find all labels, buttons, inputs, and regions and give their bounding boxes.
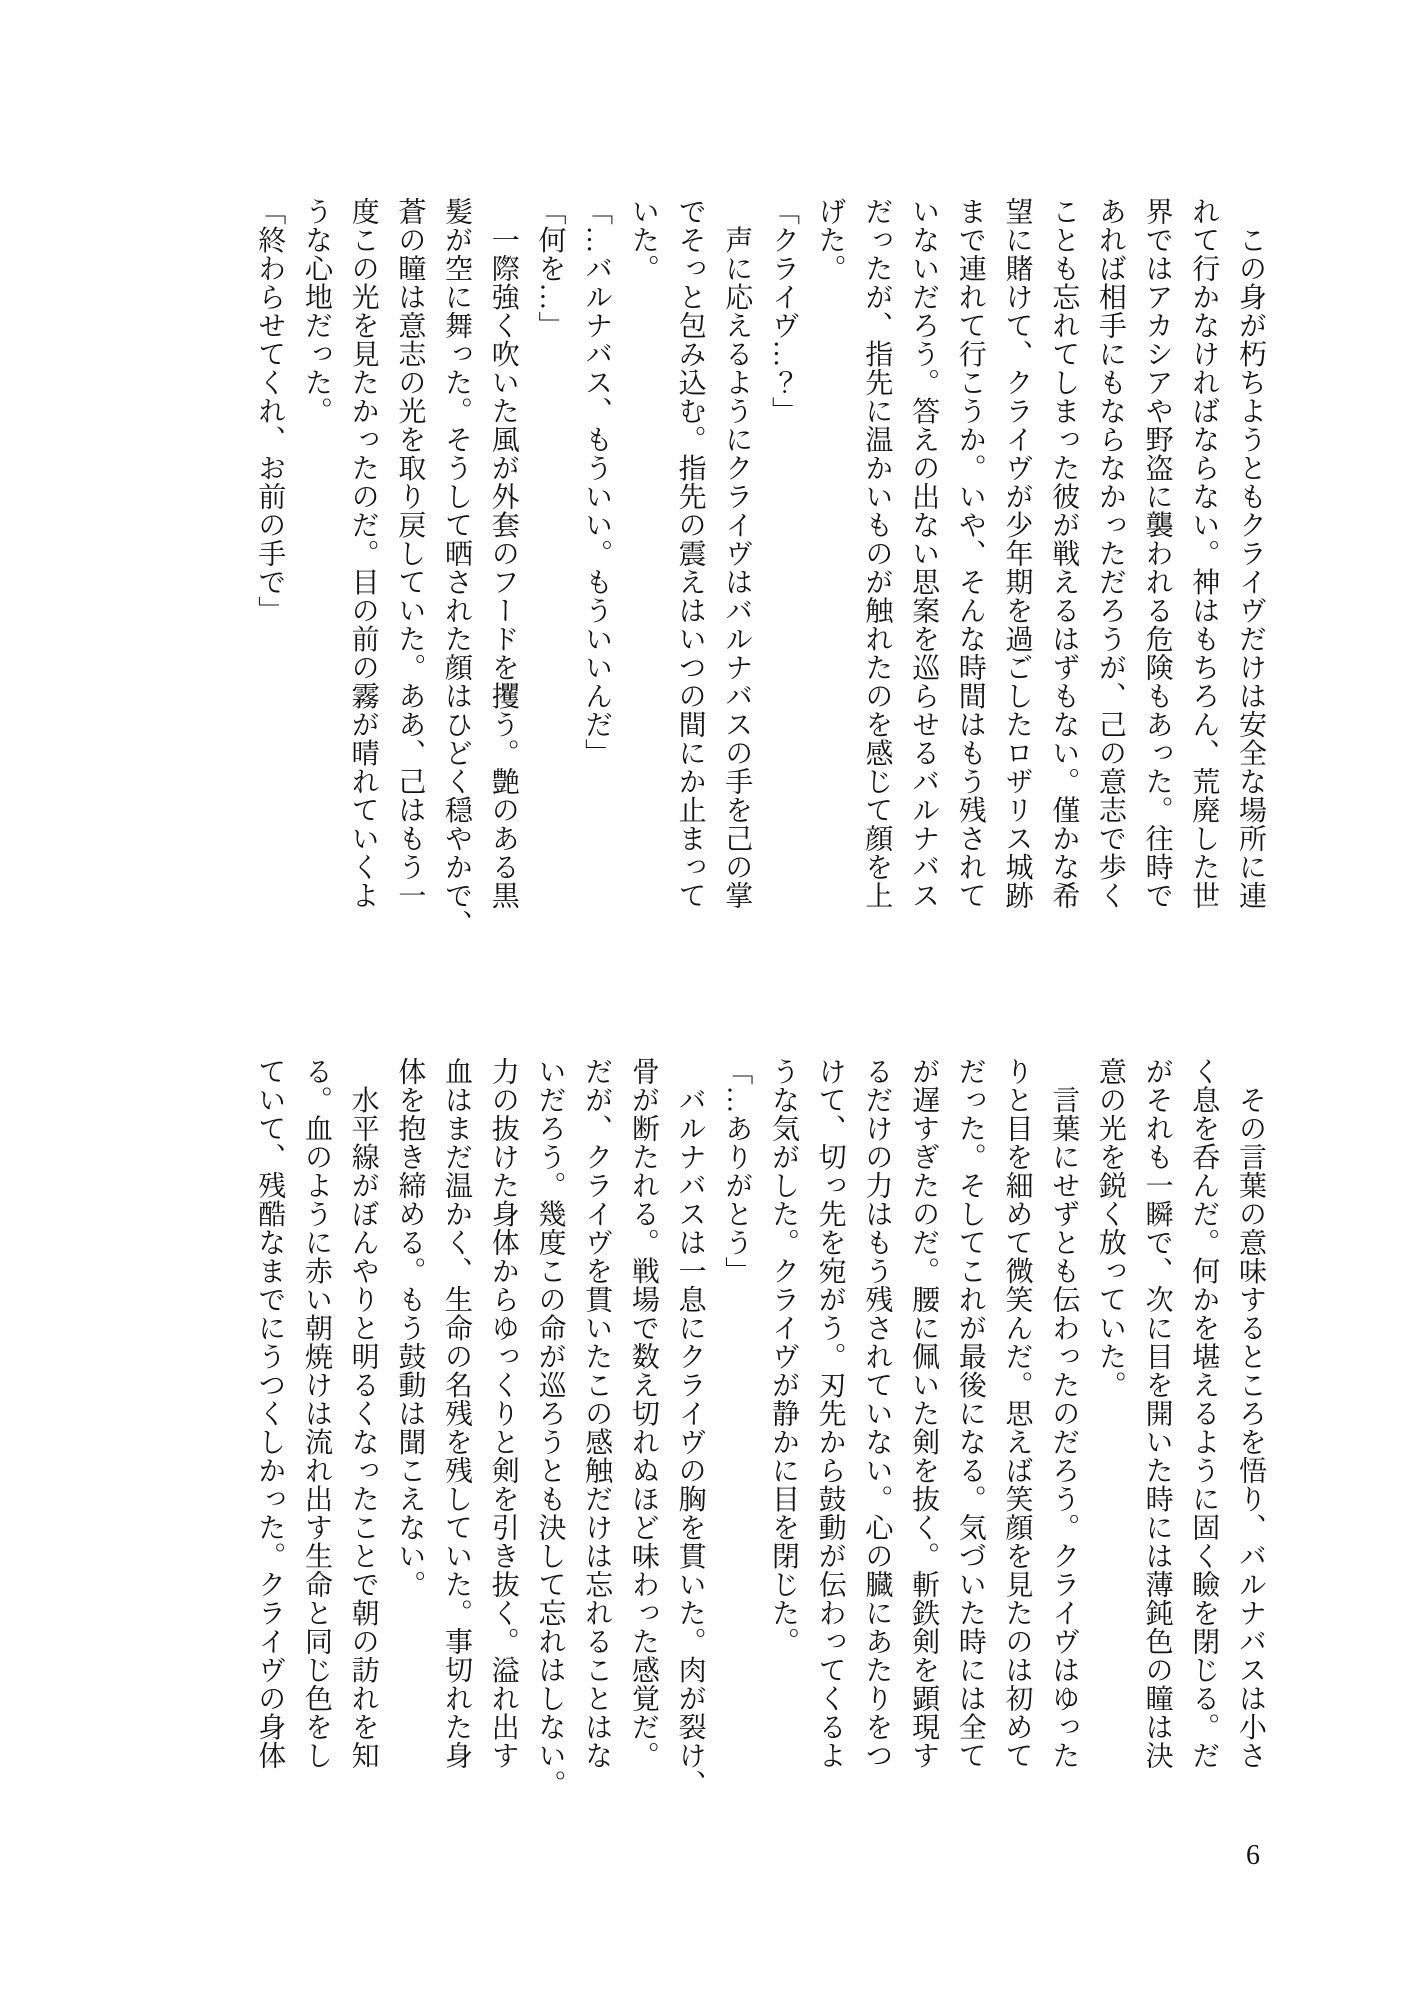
novel-page: この身が朽ちようともクライヴだけは安全な場所に連 れて行かなければならない。神は… — [0, 0, 1428, 2000]
top-text-block: この身が朽ちようともクライヴだけは安全な場所に連 れて行かなければならない。神は… — [243, 197, 1273, 945]
page-number: 6 — [1246, 1842, 1260, 1870]
bottom-text-block: その言葉の意味するところを悟り、バルナバスは小さ く息を呑んだ。何かを堪えるよう… — [243, 1057, 1273, 1819]
